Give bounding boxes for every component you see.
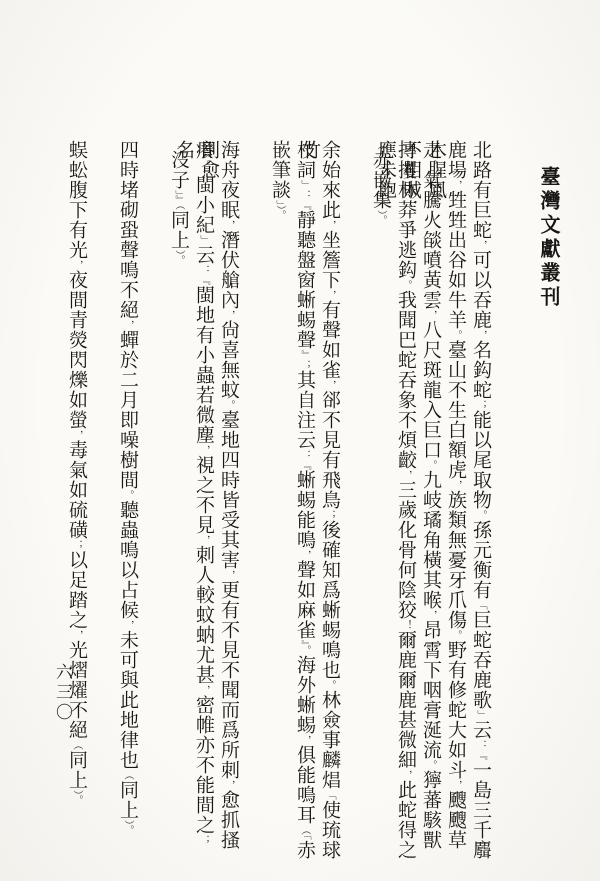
text-column: 余始來此，坐簷下，有聲如雀，郤不見有飛鳥；後確知爲蜥蜴鳴也。林僉事麟焻「使琉球竹 [319,140,365,862]
text-column: 嵌筆談」）。 [269,140,289,862]
series-title-header: 臺灣文獻叢刊 [537,166,559,310]
page-number: 六三〇 [53,663,71,723]
text-column: 北路有巨蛇，可以吞鹿，名鈎蛇；能以尾取物。孫元衡有「巨蛇吞鹿歌」云：『一島三千麛 [470,140,516,862]
scanned-book-page: { "page": { "header_title": "臺灣文獻叢刊", "p… [0,0,600,881]
text-column: 枝詞」：『靜聽盤窗蜥蜴聲』；其自注云：『蜥蜴能鳴，聲如麻雀』。海外蜥蜴，俱能鳴耳… [294,140,314,862]
text-column: 癢。「閩小紀」云：『閩地有小蟲若微塵，視之不見，刺人較蚊蚋尤甚，密帷亦不能間之；… [193,140,213,862]
text-column: 海舟夜眠，潛伏艙內，尙喜無蚊。臺地四時皆受其害，更有不見不聞而爲所刺，愈抓搔則愈 [218,140,264,862]
text-column: 蜈蚣腹下有光，夜間青熒閃爍如螢，毒氣如硫磺；以足踏之，光熠燿不絕（同上）。 [66,140,112,862]
text-column: 「沒子」』（同上）。 [168,140,188,862]
text-column: 四時堵砌蛩聲鳴不絕，蟬於二月即噪樹間。聽蟲鳴以占候，未可與此地律也（同上）。 [117,140,163,862]
text-column: 蜥蜴，俗呼爲四脚蛇。四足各有爪，長尺餘，黑脊，左右皆黃絲繞之。能浮水。口毒而不螫 [58,140,61,862]
text-column: （赤嵌集）。 [370,140,390,862]
text-column: 鹿場，甡甡出谷如牛羊。臺山不生白額虎，族類無憂牙爪傷。野有修蛇大如斗，颼颼草木腥… [445,140,465,862]
page-text-block: 北路有巨蛇，可以吞鹿，名鈎蛇；能以尾取物。孫元衡有「巨蛇吞鹿歌」云：『一島三千麛… [58,140,516,862]
text-column: 摶攫林莽爭逃鈎。我聞巴蛇吞象不煩齩，三歲化骨何陰狡！爾鹿爾鹿甚微細，此蛇得之應未… [395,140,415,862]
text-column: 走。氣騰火燄噴黃雲，八尺斑龍入巨口。九岐璚角橫其喉，昂霄下咽膏涎流。獰蕃駭獸不相… [420,140,440,862]
